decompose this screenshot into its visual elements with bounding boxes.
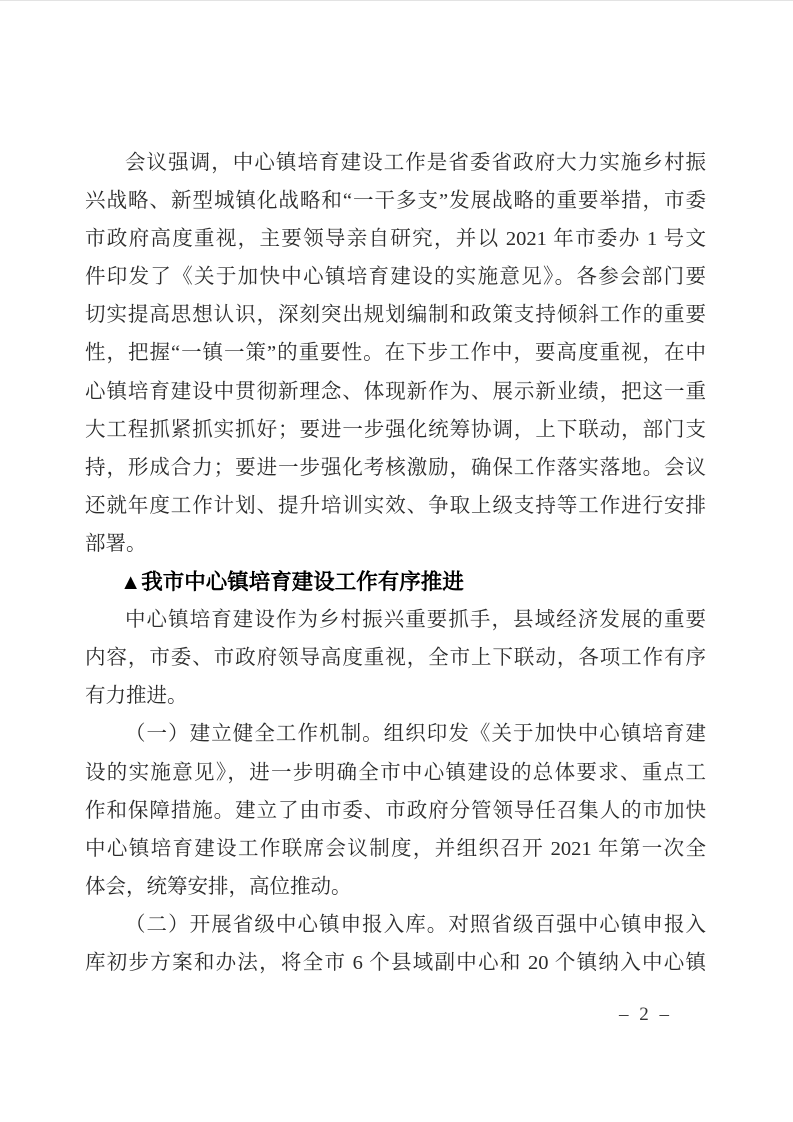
text-line: （一）建立健全工作机制。组织印发《关于加快中心镇培育建 [85, 715, 706, 753]
text-line: （二）开展省级中心镇申报入库。对照省级百强中心镇申报入 [85, 906, 706, 944]
text-line: 件印发了《关于加快中心镇培育建设的实施意见》。各参会部门要 [85, 258, 706, 296]
document-body: 会议强调，中心镇培育建设工作是省委省政府大力实施乡村振兴战略、新型城镇化战略和“… [85, 144, 706, 982]
text-line: 会议强调，中心镇培育建设工作是省委省政府大力实施乡村振 [85, 144, 706, 182]
text-line: 中心镇培育建设工作联席会议制度，并组织召开 2021 年第一次全 [85, 830, 706, 868]
text-line: 市政府高度重视，主要领导亲自研究，并以 2021 年市委办 1 号文 [85, 220, 706, 258]
text-line: 中心镇培育建设作为乡村振兴重要抓手，县域经济发展的重要 [85, 601, 706, 639]
text-line: 心镇培育建设中贯彻新理念、体现新作为、展示新业绩，把这一重 [85, 373, 706, 411]
text-line: 作和保障措施。建立了由市委、市政府分管领导任召集人的市加快 [85, 792, 706, 830]
text-line: 设的实施意见》，进一步明确全市中心镇建设的总体要求、重点工 [85, 754, 706, 792]
text-line: 切实提高思想认识，深刻突出规划编制和政策支持倾斜工作的重要 [85, 296, 706, 334]
text-line: 兴战略、新型城镇化战略和“一干多支”发展战略的重要举措，市委 [85, 182, 706, 220]
text-line: 部署。 [85, 525, 706, 563]
document-page: 会议强调，中心镇培育建设工作是省委省政府大力实施乡村振兴战略、新型城镇化战略和“… [0, 0, 793, 1122]
text-line: 大工程抓紧抓实抓好；要进一步强化统筹协调，上下联动，部门支 [85, 411, 706, 449]
text-line: 体会，统筹安排，高位推动。 [85, 868, 706, 906]
text-line: 还就年度工作计划、提升培训实效、争取上级支持等工作进行安排 [85, 487, 706, 525]
section-heading: ▲我市中心镇培育建设工作有序推进 [85, 563, 706, 601]
text-line: 性，把握“一镇一策”的重要性。在下步工作中，要高度重视，在中 [85, 334, 706, 372]
page-number: – 2 – [619, 1004, 672, 1026]
text-line: 库初步方案和办法，将全市 6 个县域副中心和 20 个镇纳入中心镇 [85, 944, 706, 982]
text-line: 内容，市委、市政府领导高度重视，全市上下联动，各项工作有序 [85, 639, 706, 677]
text-line: 持，形成合力；要进一步强化考核激励，确保工作落实落地。会议 [85, 449, 706, 487]
text-line: 有力推进。 [85, 677, 706, 715]
